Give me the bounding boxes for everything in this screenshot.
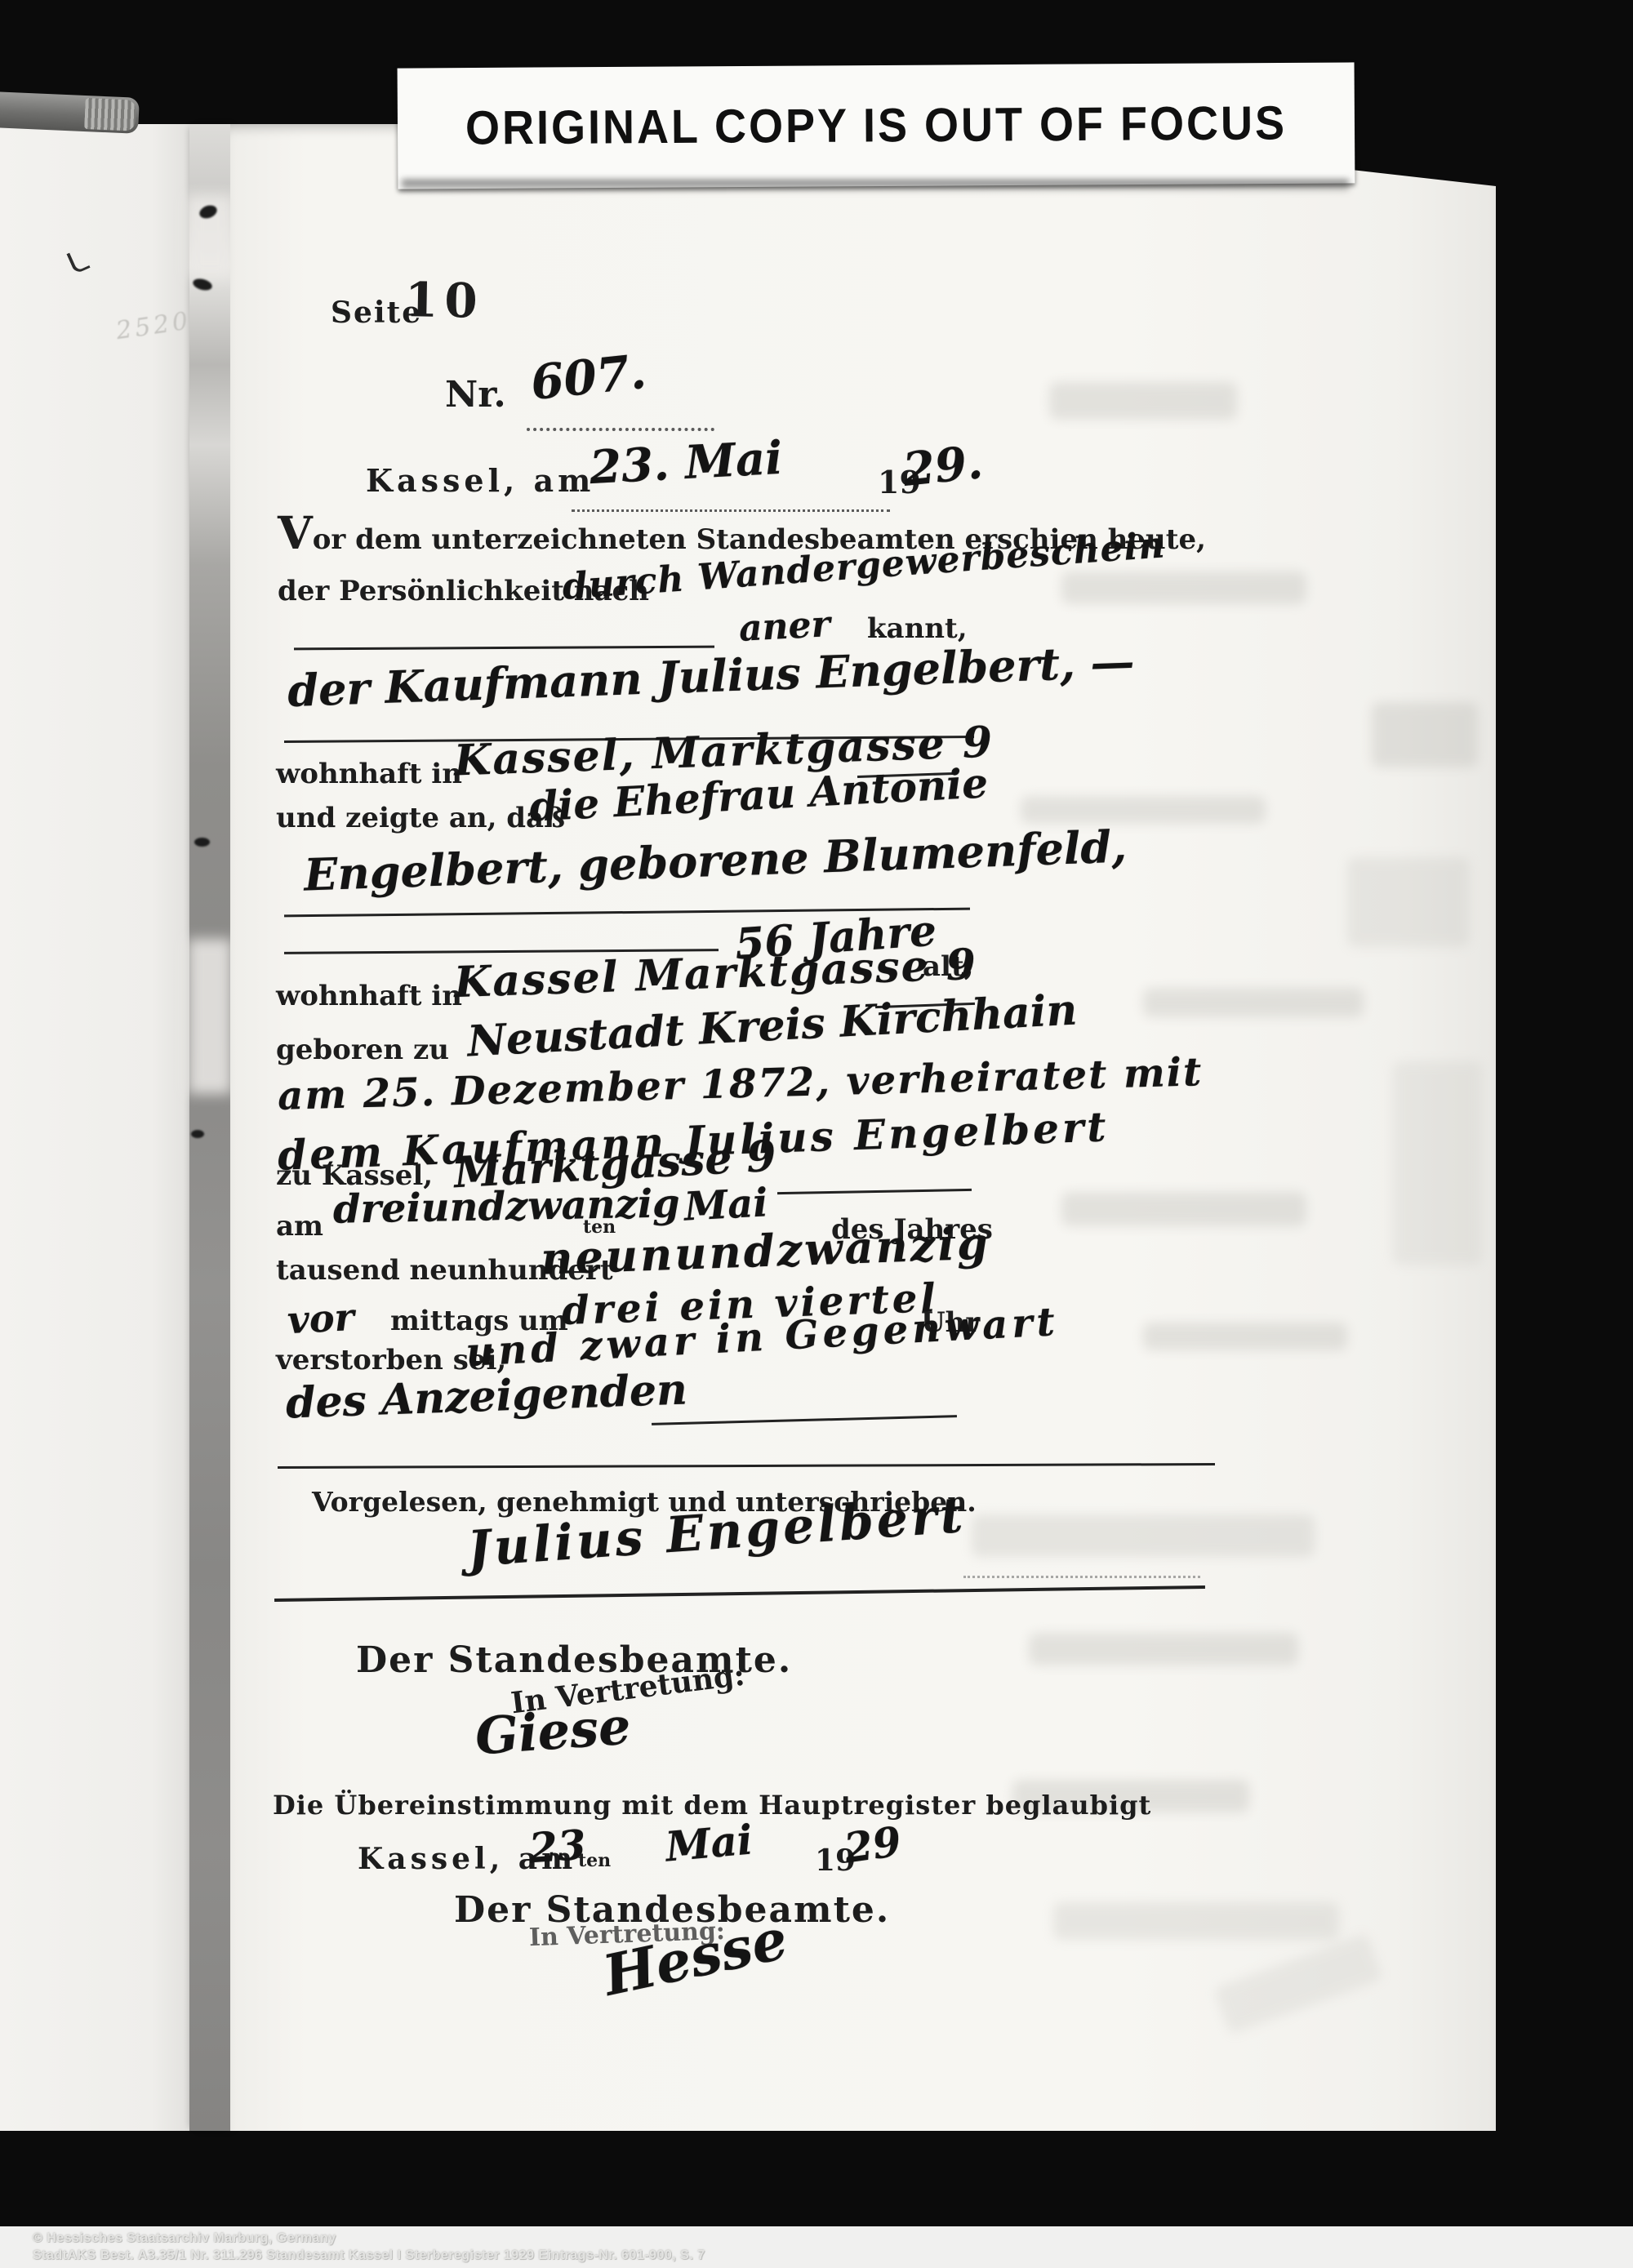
- dateline-place: Kassel, am: [366, 462, 594, 499]
- dotted-underline: [527, 428, 714, 431]
- gutter-highlight: [188, 939, 232, 1094]
- staple-blot: [191, 1130, 204, 1138]
- slip-shadow: [402, 180, 1349, 193]
- certify-day-suffix: ten: [578, 1850, 611, 1871]
- book-clamp-cap: [84, 98, 136, 131]
- certify-year-written: 29: [841, 1817, 904, 1872]
- bleed-through-mark: [1029, 1633, 1298, 1665]
- facing-page-edge: [0, 124, 189, 2131]
- watermark-strip: © Hessisches Staatsarchiv Marburg, Germa…: [0, 2226, 1633, 2268]
- bleed-through-mark: [1021, 796, 1266, 824]
- bleed-through-mark: [1053, 1902, 1339, 1940]
- bleed-through-mark: [1372, 702, 1478, 767]
- dotted-underline: [963, 1576, 1200, 1578]
- watermark-line-1: © Hessisches Staatsarchiv Marburg, Germa…: [33, 2231, 336, 2246]
- birthplace-label: geboren zu: [276, 1034, 449, 1066]
- bleed-through-mark: [1061, 571, 1306, 604]
- bleed-through-mark: [1049, 382, 1237, 420]
- dateline-day-month: 23. Mai: [588, 431, 784, 495]
- bleed-through-mark: [1061, 1192, 1306, 1226]
- signature-deputy: Giese: [474, 1696, 633, 1766]
- deathday-written: dreiundzwanzig: [333, 1181, 681, 1232]
- bleed-through-mark: [972, 1514, 1315, 1557]
- bleed-through-mark: [1347, 857, 1470, 947]
- time-prefix-written: vor: [287, 1295, 355, 1342]
- residence1-label: wohnhaft in: [276, 758, 462, 790]
- bleed-through-mark: [1392, 1061, 1482, 1265]
- certify-month: Mai: [664, 1815, 754, 1870]
- recognized-written: aner: [738, 603, 831, 650]
- watermark-line-2: StadtAKS Best. A3.35/1 Nr. 311.296 Stand…: [33, 2248, 705, 2263]
- dateline-year-written: 29.: [901, 435, 986, 497]
- record-number-label: Nr.: [445, 374, 506, 416]
- book-clamp: [0, 91, 140, 134]
- dotted-underline: [572, 509, 890, 512]
- scanned-register-page: 2520 ORIGINAL COPY IS OUT OF FOCUS Seite…: [0, 0, 1633, 2268]
- residence2-label: wohnhaft in: [276, 980, 462, 1012]
- bleed-through-mark: [1143, 1323, 1347, 1350]
- certification-line: Die Übereinstimmung mit dem Hauptregiste…: [273, 1790, 1151, 1821]
- bleed-through-mark: [1143, 988, 1364, 1017]
- page-number: 10: [404, 272, 484, 329]
- page-gutter: [189, 124, 230, 2131]
- announce-label: und zeigte an, daß: [276, 802, 565, 834]
- slip-text: ORIGINAL COPY IS OUT OF FOCUS: [465, 96, 1287, 155]
- staple-blot: [194, 838, 210, 847]
- recognized-printed: kannt,: [867, 612, 968, 645]
- deathmonth-written: Mai: [683, 1180, 769, 1230]
- archive-slip: ORIGINAL COPY IS OUT OF FOCUS: [398, 62, 1355, 189]
- deathday-label: am: [276, 1210, 323, 1243]
